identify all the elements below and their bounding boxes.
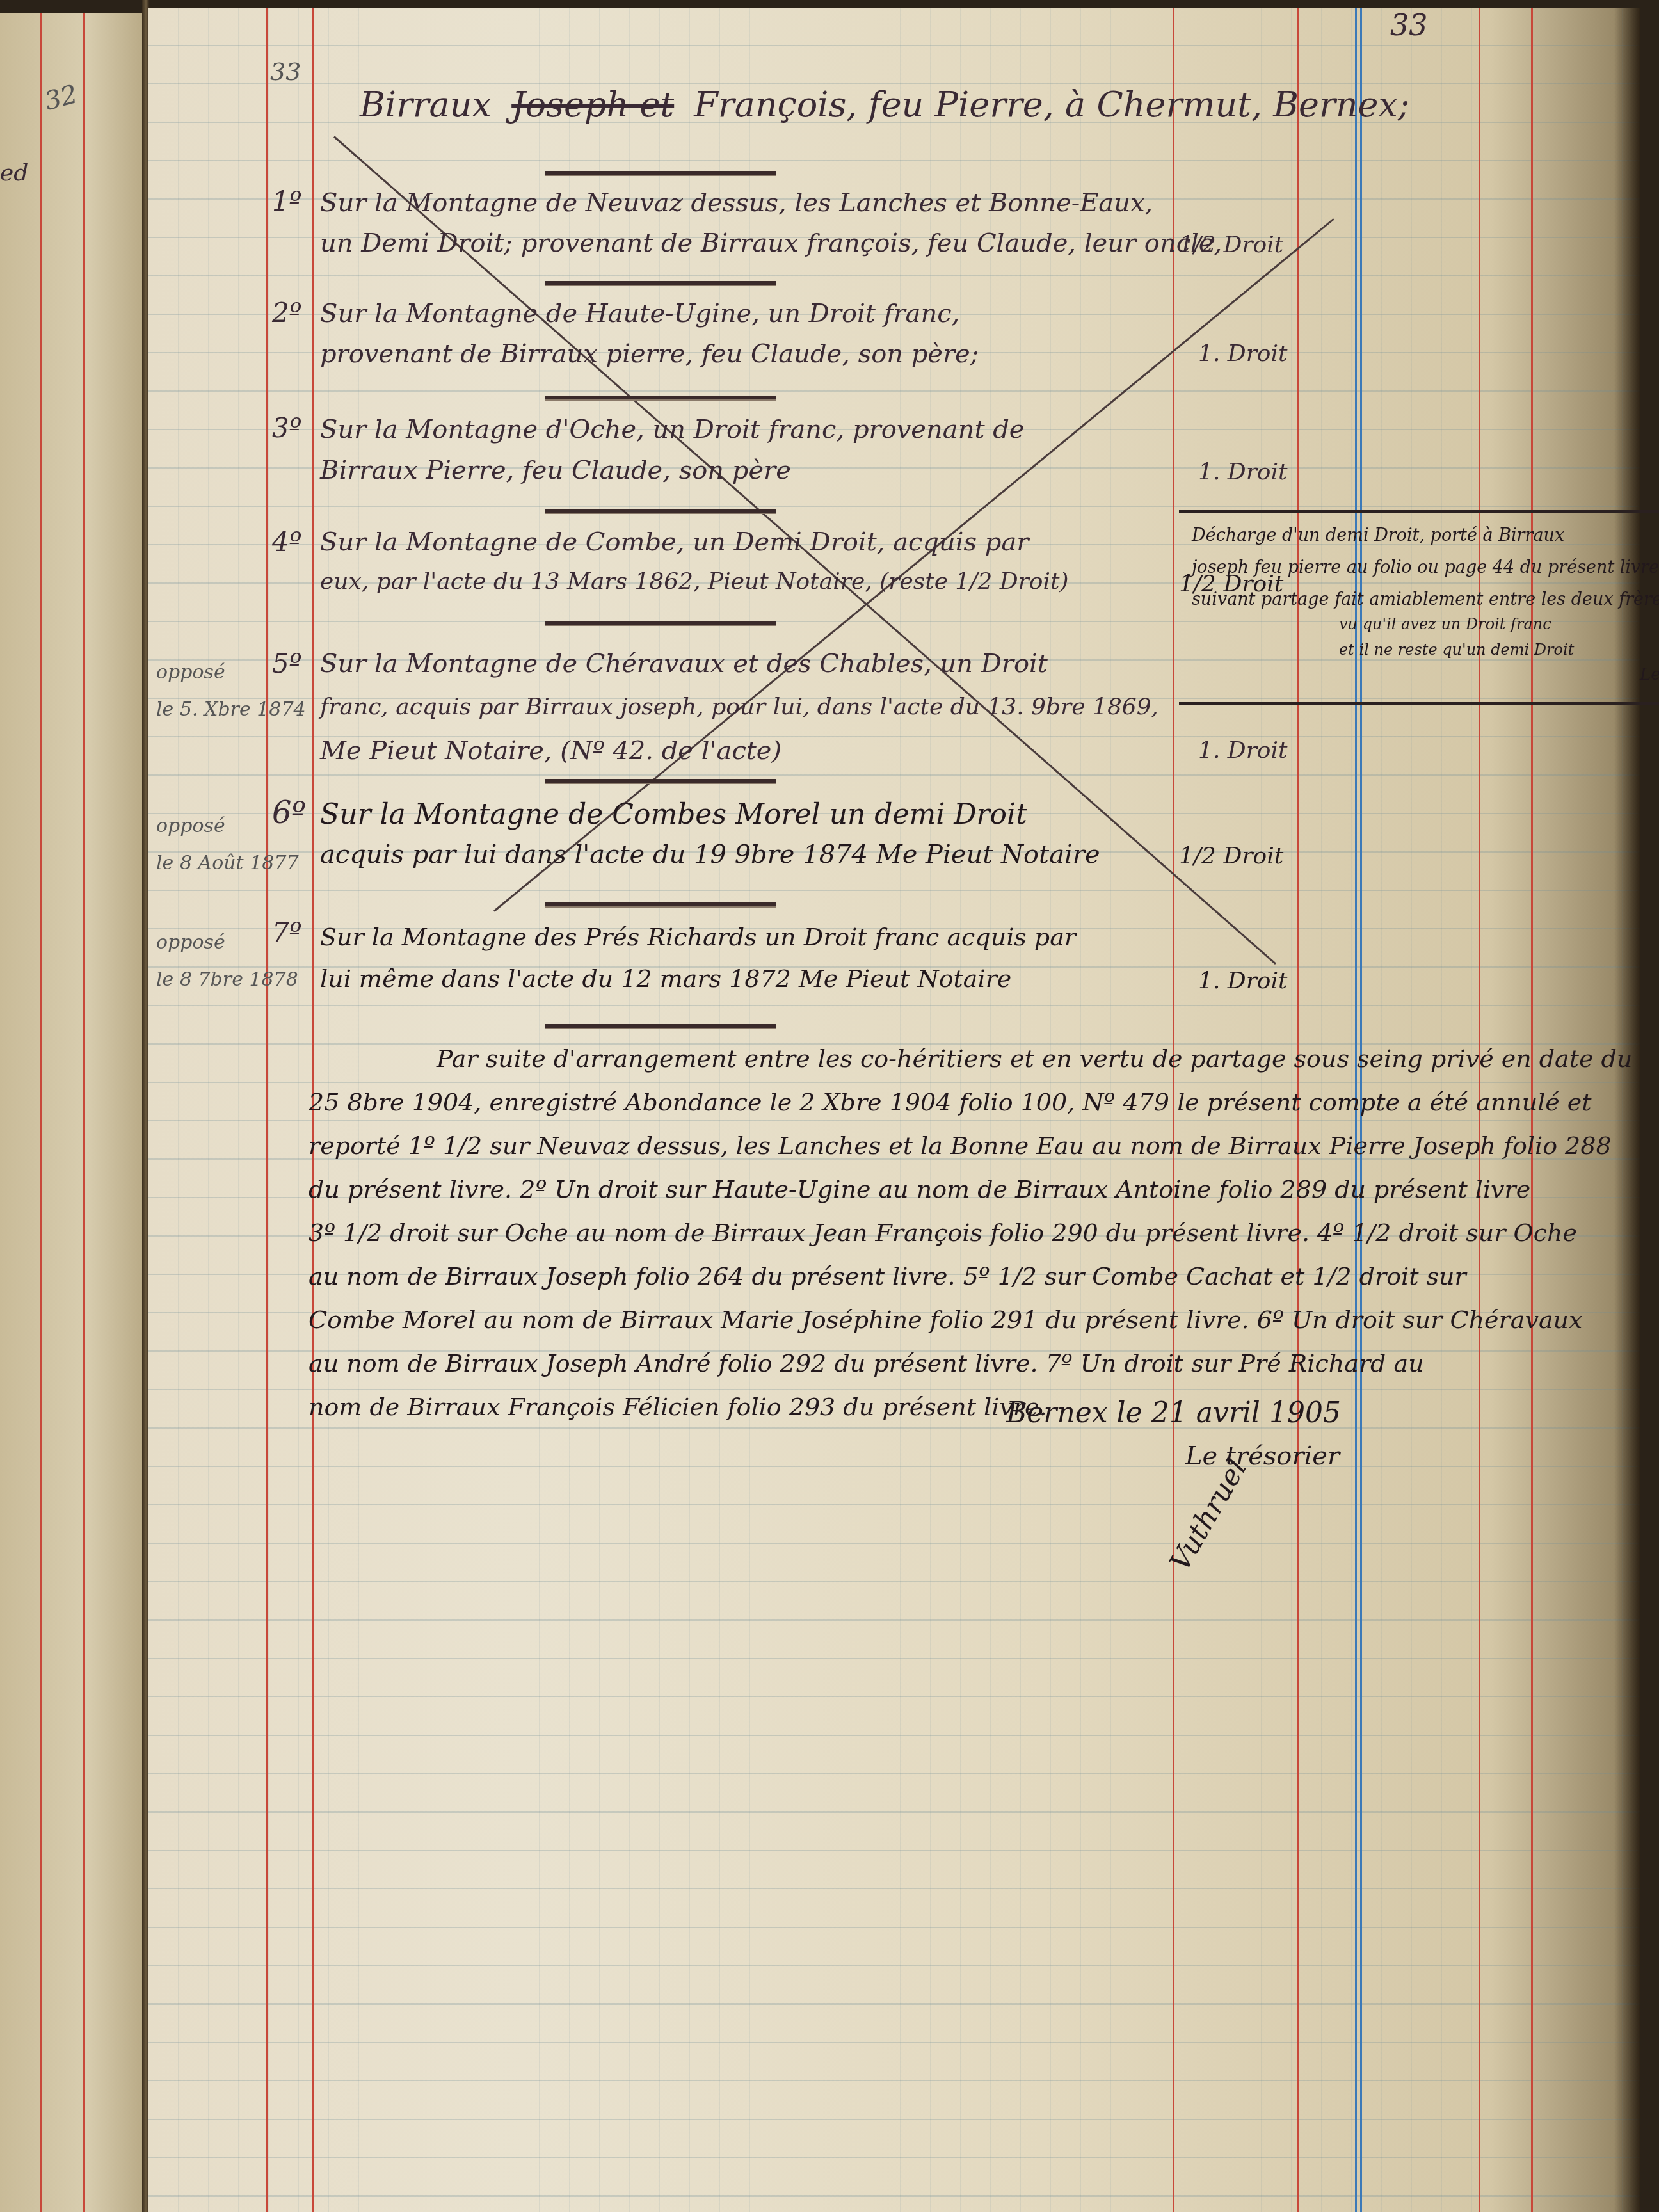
page-number-left: 33	[270, 58, 301, 86]
entry-quantity: 1. Droit	[1198, 341, 1288, 367]
separator	[545, 281, 776, 286]
dateline: Bernex le 21 avril 1905	[1006, 1397, 1341, 1429]
ledger-page: 33 33 Birraux Joseph et François, feu Pi…	[148, 8, 1640, 2212]
entry-line: Sur la Montagne de Combe, un Demi Droit,…	[320, 527, 1029, 557]
paragraph-line: Combe Morel au nom de Birraux Marie José…	[309, 1306, 1582, 1334]
entry-quantity: 1/2 Droit	[1179, 232, 1283, 258]
paragraph-line: 25 8bre 1904, enregistré Abondance le 2 …	[309, 1088, 1592, 1116]
heading-struck-name: Joseph et	[511, 84, 674, 125]
left-margin-fragment: ed	[0, 160, 28, 186]
left-facing-page: 32 ed	[0, 13, 144, 2212]
entry-line: Sur la Montagne de Combes Morel un demi …	[320, 798, 1027, 831]
annotation-signature: Leyrat	[1640, 665, 1659, 684]
entry-line: Sur la Montagne de Neuvaz dessus, les La…	[320, 188, 1153, 218]
entry-quantity: 1. Droit	[1198, 968, 1288, 994]
separator	[545, 171, 776, 176]
entry-line: eux, par l'acte du 13 Mars 1862, Pieut N…	[320, 568, 1069, 595]
entry-line: Sur la Montagne des Prés Richards un Dro…	[320, 923, 1076, 951]
entry-quantity: 1/2 Droit	[1179, 843, 1283, 869]
entry-line: Me Pieut Notaire, (Nº 42. de l'acte)	[320, 736, 781, 765]
paragraph-line: du présent livre. 2º Un droit sur Haute-…	[309, 1175, 1530, 1203]
entry-line: provenant de Birraux pierre, feu Claude,…	[320, 339, 979, 369]
entry-number: 5º	[272, 648, 301, 679]
annotation-line: joseph feu pierre au folio ou page 44 du…	[1192, 557, 1659, 577]
separator	[545, 902, 776, 908]
heading-surname: Birraux	[360, 84, 492, 125]
entry-line: un Demi Droit; provenant de Birraux fran…	[320, 228, 1222, 258]
entry-line: franc, acquis par Birraux joseph, pour l…	[320, 694, 1158, 720]
entry-number: 7º	[272, 917, 301, 948]
paragraph-line: au nom de Birraux Joseph André folio 292…	[309, 1349, 1424, 1377]
left-page-number: 32	[42, 79, 81, 116]
separator	[545, 621, 776, 626]
paragraph-line: nom de Birraux François Félicien folio 2…	[309, 1393, 1047, 1421]
annotation-line: suivant partage fait amiablement entre l…	[1192, 589, 1659, 609]
entry-line: lui même dans l'acte du 12 mars 1872 Me …	[320, 965, 1011, 993]
paragraph-line: Par suite d'arrangement entre les co-hér…	[437, 1045, 1632, 1073]
entry-line: Sur la Montagne de Haute-Ugine, un Droit…	[320, 299, 959, 328]
paragraph-line: 3º 1/2 droit sur Oche au nom de Birraux …	[309, 1219, 1577, 1247]
account-heading: Birraux Joseph et François, feu Pierre, …	[360, 84, 1409, 125]
treasurer-signature: Vuthruel	[1164, 1454, 1254, 1576]
separator	[545, 779, 776, 784]
entry-line: Birraux Pierre, feu Claude, son père	[320, 456, 791, 485]
entry-number: 1º	[272, 186, 301, 217]
entry-line: Sur la Montagne d'Oche, un Droit franc, …	[320, 415, 1024, 444]
entry-quantity: 1. Droit	[1198, 737, 1288, 764]
discharge-annotation: Décharge d'un demi Droit, porté à Birrau…	[1179, 510, 1659, 705]
entry-number: 6º	[272, 795, 306, 831]
entry-number: 4º	[272, 526, 301, 557]
entry-number: 2º	[272, 297, 301, 328]
page-edge-shadow	[1614, 8, 1640, 2212]
annotation-line: et il ne reste qu'un demi Droit	[1339, 641, 1574, 659]
separator	[545, 509, 776, 514]
annotation-line: Décharge d'un demi Droit, porté à Birrau…	[1192, 525, 1564, 545]
entry-line: Sur la Montagne de Chéravaux et des Chab…	[320, 649, 1048, 678]
title-line: Le trésorier	[1185, 1441, 1340, 1471]
entry-quantity: 1. Droit	[1198, 459, 1288, 485]
heading-rest: François, feu Pierre, à Chermut, Bernex;	[694, 84, 1409, 125]
entry-number: 3º	[272, 412, 301, 444]
separator	[545, 1024, 776, 1029]
paragraph-line: reporté 1º 1/2 sur Neuvaz dessus, les La…	[309, 1132, 1612, 1160]
separator	[545, 396, 776, 401]
paragraph-line: au nom de Birraux Joseph folio 264 du pr…	[309, 1262, 1466, 1290]
annotation-line: vu qu'il avez un Droit franc	[1339, 615, 1551, 633]
entry-line: acquis par lui dans l'acte du 19 9bre 18…	[320, 840, 1100, 869]
page-number-right: 33	[1390, 8, 1428, 42]
